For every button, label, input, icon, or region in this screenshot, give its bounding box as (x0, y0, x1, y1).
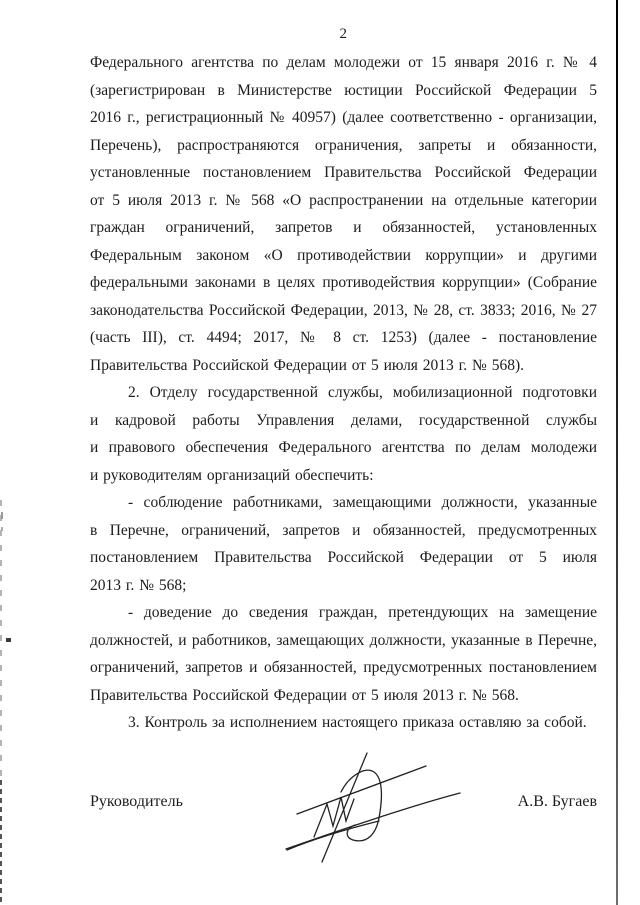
text-line: Федеральным законом «О противодействии к… (90, 242, 597, 270)
text-line: от 5 июля 2013 г. № 568 «О распространен… (90, 187, 597, 215)
scan-edge-line-right (616, 0, 618, 905)
text-line: постановлением Правительства Российской … (90, 544, 597, 572)
text-line: граждан ограничений, запретов и обязанно… (90, 214, 597, 242)
signer-name: А.В. Бугаев (518, 792, 597, 812)
text-line: и кадровой работы Управления делами, гос… (90, 407, 597, 435)
scan-speck (1, 512, 3, 519)
document-body: Федерального агентства по делам молодежи… (90, 49, 597, 737)
text-line: установленные постановлением Правительст… (90, 159, 597, 187)
paragraph: - соблюдение работниками, замещающими до… (90, 489, 597, 599)
signer-role-label: Руководитель (90, 792, 183, 812)
text-line: законодательства Российской Федерации, 2… (90, 297, 597, 325)
scanned-document-page: 2 Федерального агентства по делам молоде… (0, 0, 640, 905)
paragraph: Федерального агентства по делам молодежи… (90, 49, 597, 379)
text-line: - доведение до сведения граждан, претенд… (90, 599, 597, 627)
text-line: - соблюдение работниками, замещающими до… (90, 489, 597, 517)
text-line: ограничений, запретов и обязанностей, пр… (90, 654, 597, 682)
scan-speck-dot (6, 638, 11, 642)
paragraph: - доведение до сведения граждан, претенд… (90, 599, 597, 709)
text-line: Правительства Российской Федерации от 5 … (90, 682, 597, 710)
text-line: федеральными законами в целях противодей… (90, 269, 597, 297)
text-line: и руководителям организаций обеспечить: (90, 462, 597, 490)
text-line: 3. Контроль за исполнением настоящего пр… (90, 709, 597, 737)
text-line: 2016 г., регистрационный № 40957) (далее… (90, 104, 597, 132)
text-line: Правительства Российской Федерации от 5 … (90, 352, 597, 380)
text-line: 2013 г. № 568; (90, 572, 597, 600)
text-line: Перечень), распространяются ограничения,… (90, 132, 597, 160)
paragraph: 3. Контроль за исполнением настоящего пр… (90, 709, 597, 737)
paragraph: 2. Отделу государственной службы, мобили… (90, 379, 597, 489)
text-line: (часть III), ст. 4494; 2017, № 8 ст. 125… (90, 324, 597, 352)
text-line: 2. Отделу государственной службы, мобили… (90, 379, 597, 407)
page-number: 2 (90, 26, 597, 43)
text-line: Федерального агентства по делам молодежи… (90, 49, 597, 77)
text-line: должностей, и работников, замещающих дол… (90, 627, 597, 655)
text-line: в Перечне, ограничений, запретов и обяза… (90, 517, 597, 545)
signature-block: Руководитель А.В. Бугаев (90, 792, 597, 812)
scan-dashes-left-bottom (0, 780, 2, 905)
scan-dashes-left (0, 500, 2, 780)
text-line: и правового обеспечения Федерального аге… (90, 434, 597, 462)
text-line: (зарегистрирован в Министерстве юстиции … (90, 77, 597, 105)
scan-speck (1, 527, 3, 531)
